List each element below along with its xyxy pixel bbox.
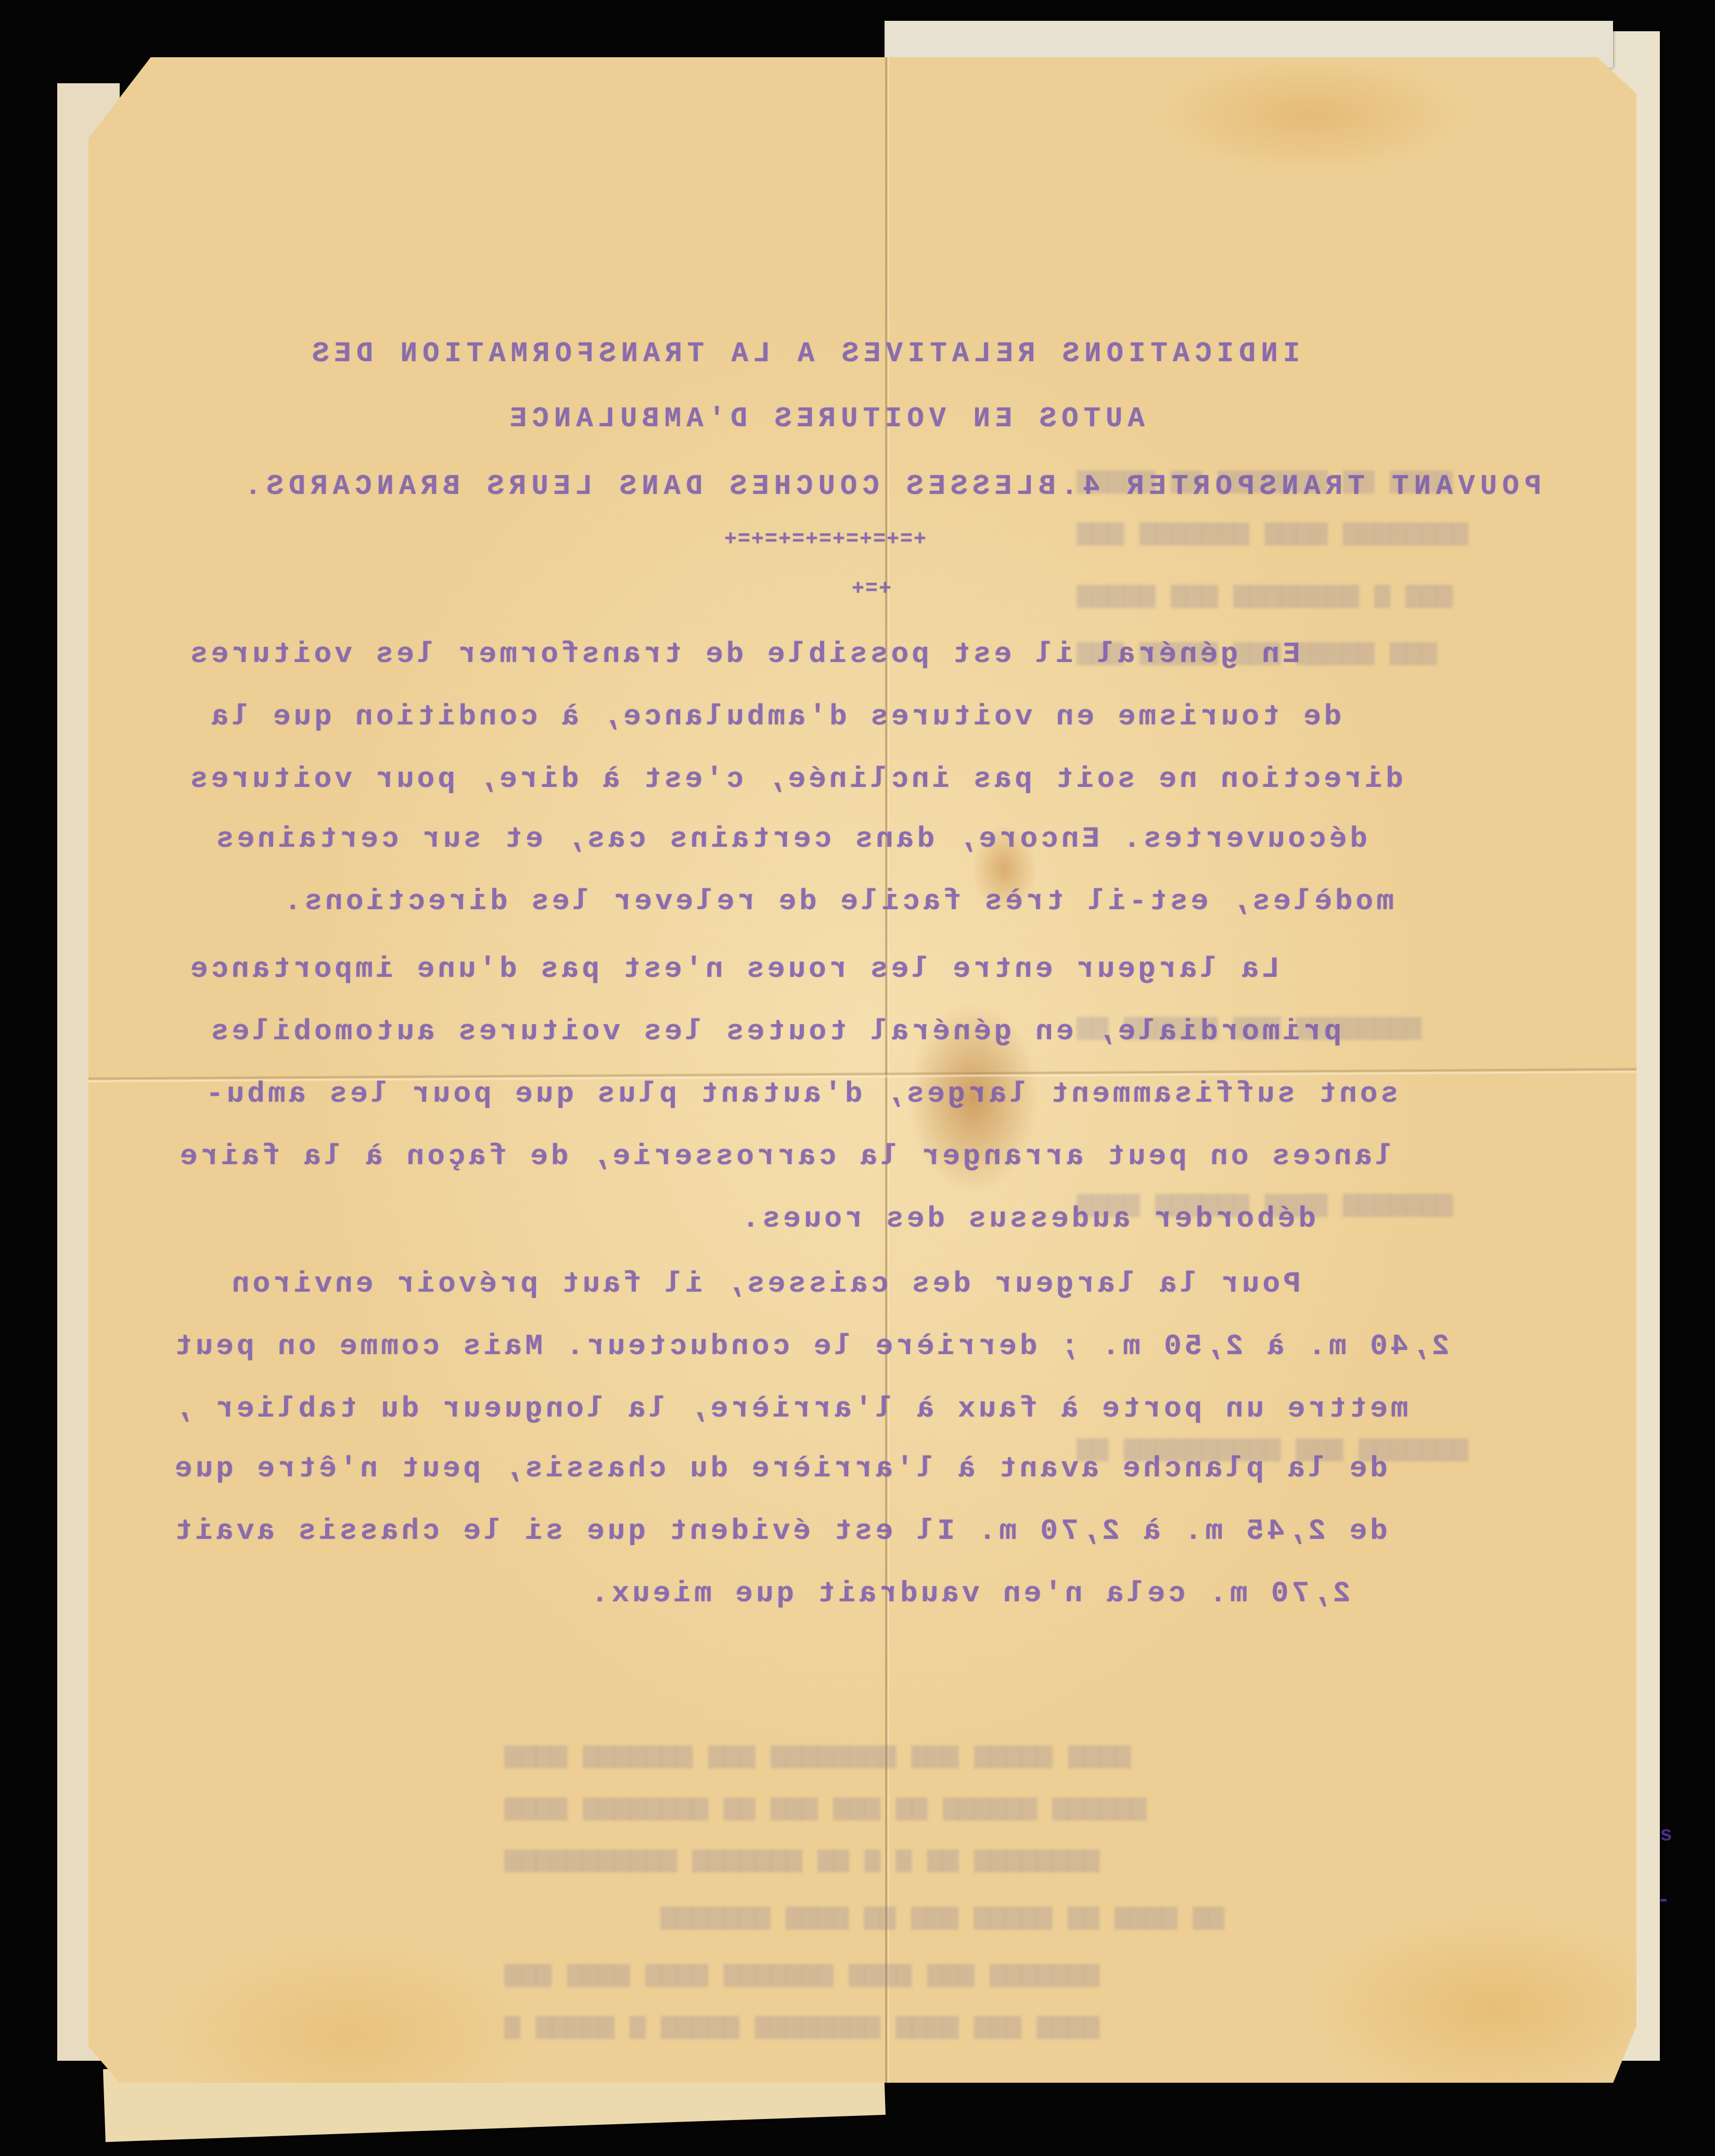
body-line-13: mettre un porte à faux à l'arrière, la l…: [172, 1392, 1408, 1425]
body-line-4: découvertes. Encore, dans certains cas, …: [213, 822, 1367, 856]
edge-mark-letter: s: [1660, 1824, 1672, 1847]
title-line-1: INDICATIONS RELATIVES A LA TRANSFORMATIO…: [307, 338, 1300, 370]
ornament-divider-small: +=+: [851, 578, 891, 601]
body-line-2: de tourisme en voitures d'ambulance, à c…: [208, 700, 1341, 733]
title-line-2: AUTOS EN VOITURES D'AMBULANCE: [505, 403, 1145, 435]
body-line-6: La largeur entre les roues n'est pas d'u…: [187, 952, 1279, 986]
body-line-10: déborder audessus des roues.: [739, 1202, 1316, 1235]
body-line-16: 2,70 m. cela n'en vaudrait que mieux.: [588, 1577, 1350, 1610]
document-page: ▆▆▆▆ ▆▆ ▆▆▆▆▆▆▆ ▆▆ ▆▆▆▆▆ ▆▆▆▆▆▆▆▆ ▆▆▆▆ ▆…: [88, 57, 1644, 2087]
body-line-15: de 2,45 m. à 2,70 m. Il est évident que …: [172, 1514, 1388, 1548]
body-line-7: primordiale, en général toutes les voitu…: [208, 1015, 1341, 1048]
ornament-divider: +=+=+=+=+=+=+=+: [723, 528, 926, 552]
body-line-14: de la planche avant à l'arrière du chass…: [172, 1452, 1388, 1485]
body-line-1: En général il est possible de transforme…: [187, 637, 1300, 671]
body-line-3: direction ne soit pas inclinée, c'est à …: [187, 762, 1403, 796]
body-line-12: 2,40 m. à 2,50 m. ; derrière le conducte…: [172, 1330, 1450, 1363]
body-line-11: Pour la largeur des caisses, il faut pré…: [229, 1267, 1300, 1300]
typewritten-text: INDICATIONS RELATIVES A LA TRANSFORMATIO…: [88, 57, 1644, 2087]
body-line-8: sont suffisamment larges, d'autant plus …: [203, 1077, 1398, 1111]
body-line-5: modèles, est-il très facile de relever l…: [281, 885, 1394, 918]
edge-mark-dash: -: [1657, 1889, 1670, 1912]
body-line-9: lances on peut arranger la carrosserie, …: [177, 1140, 1393, 1173]
title-line-3: POUVANT TRANSPORTER 4.BLESSES COUCHES DA…: [239, 471, 1541, 503]
